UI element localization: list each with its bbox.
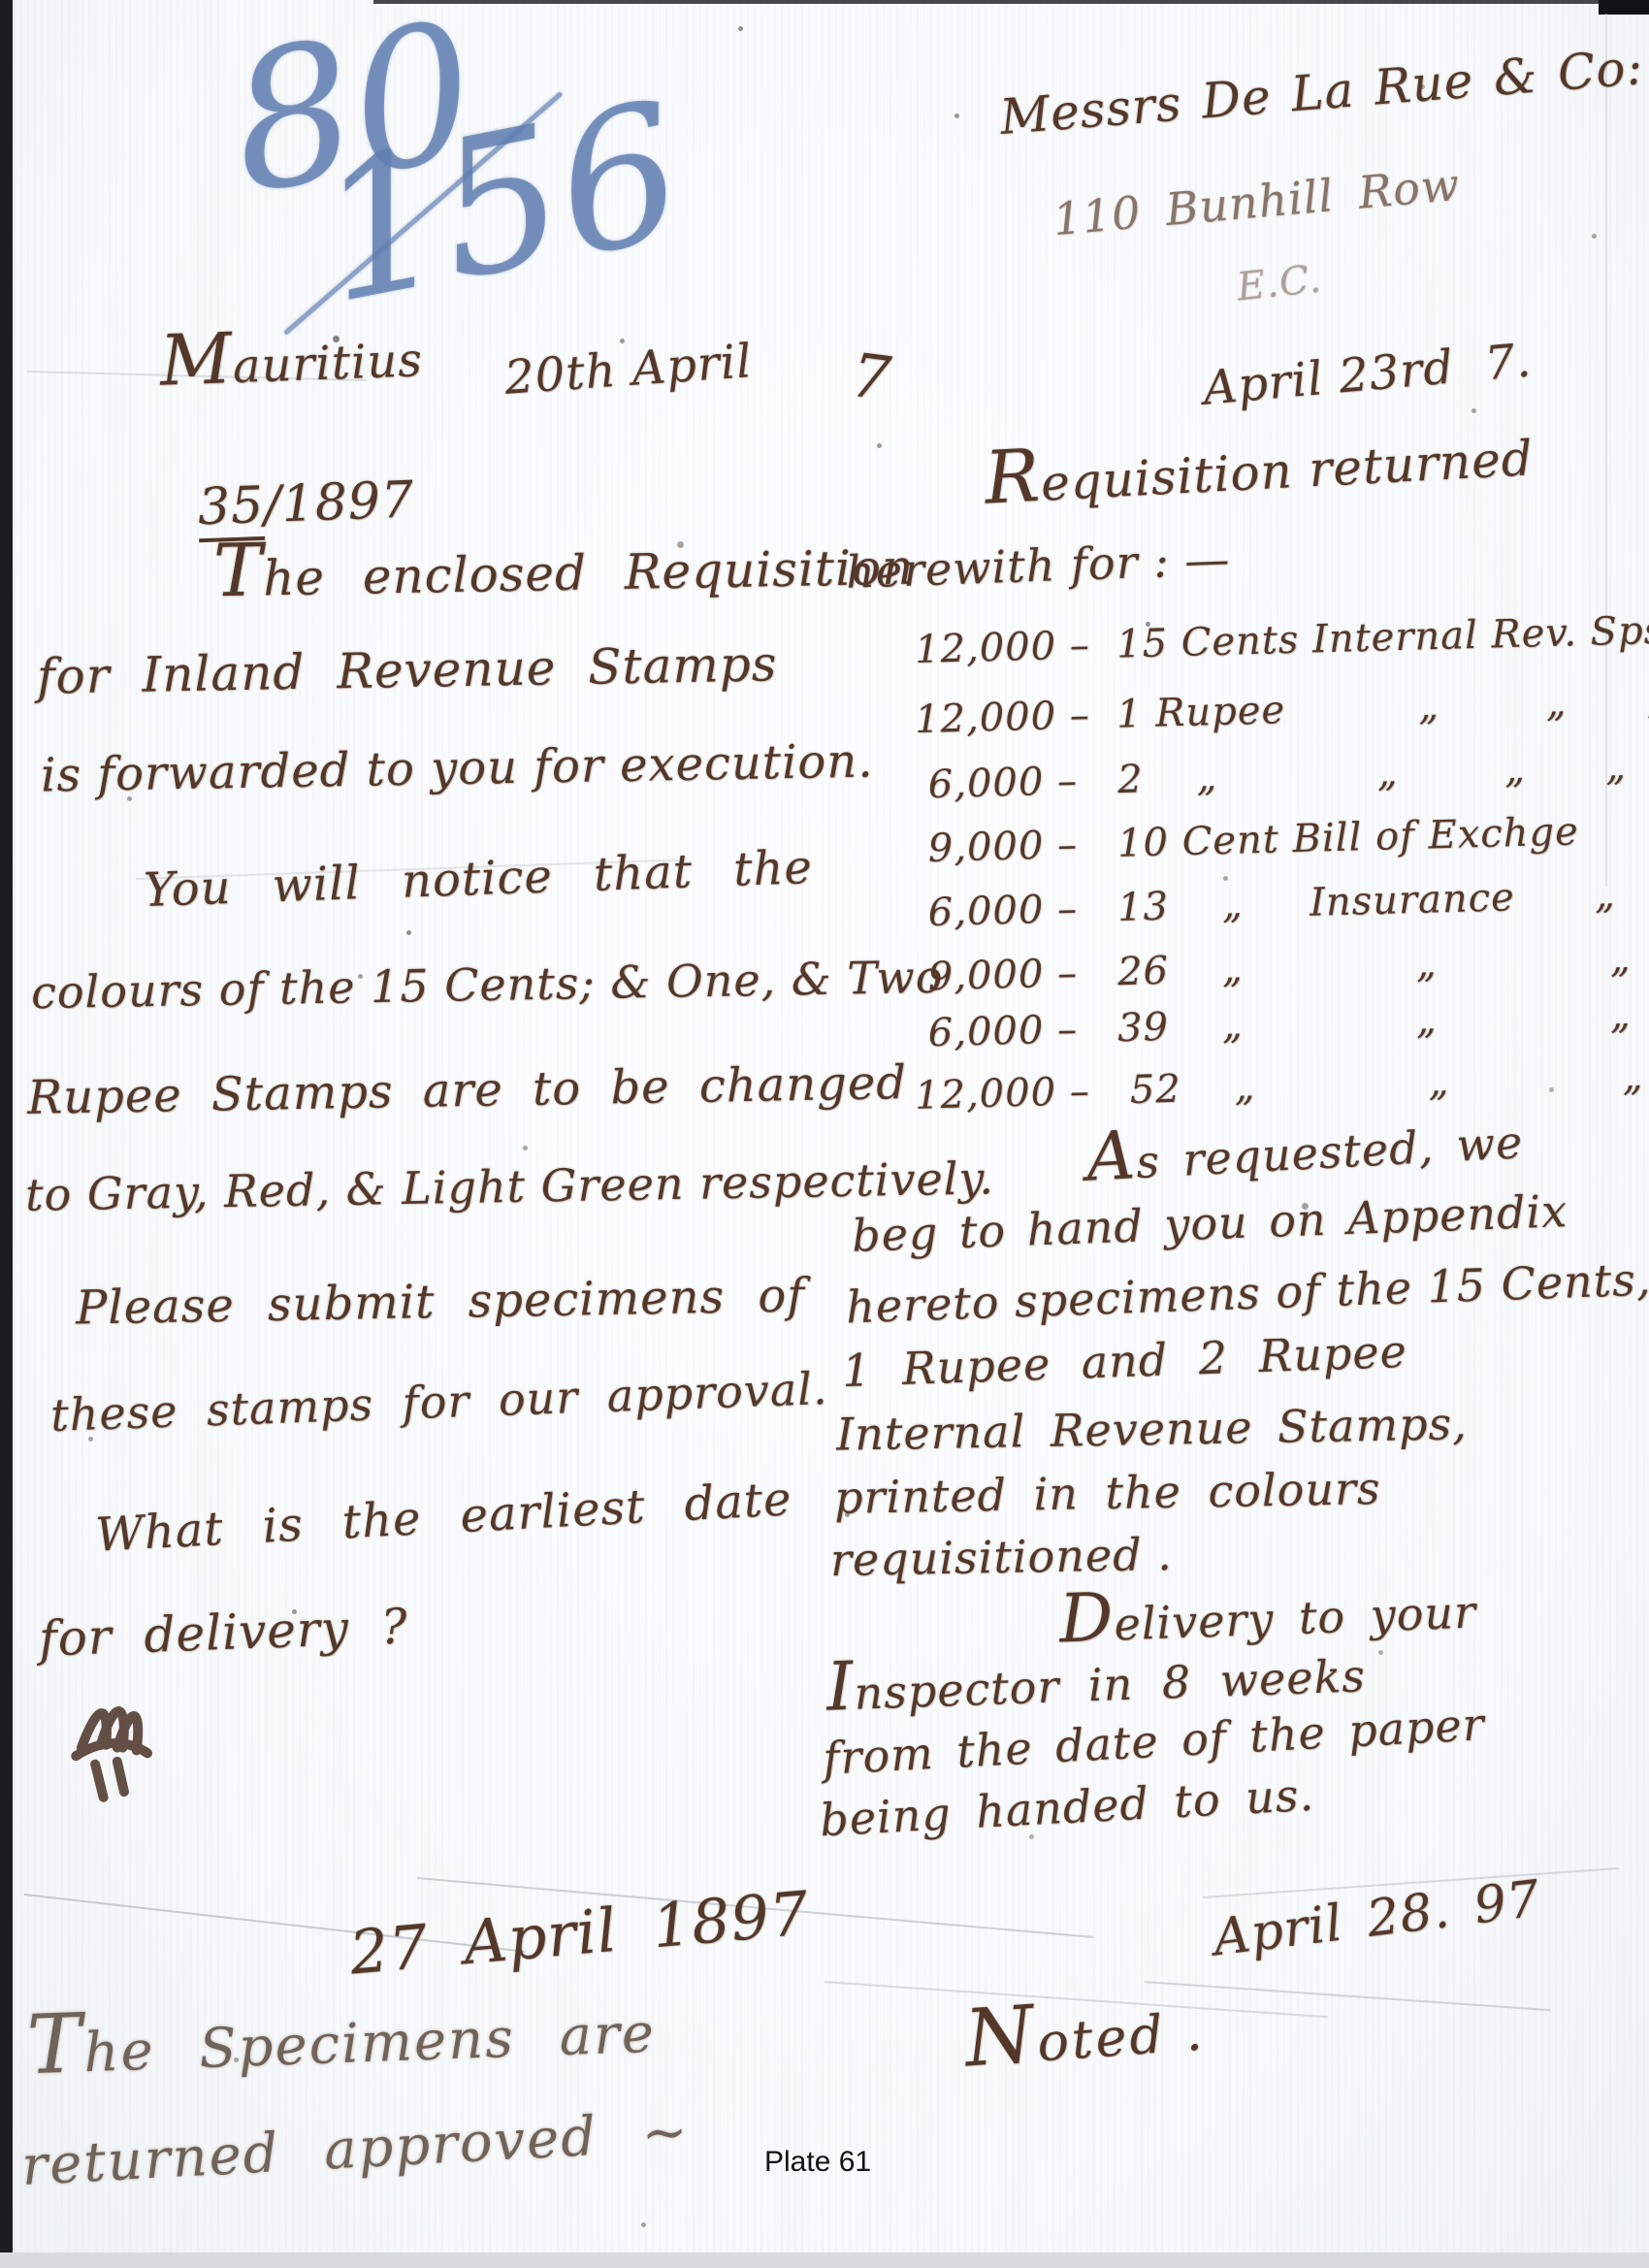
body-paragraph-line: is forwarded to you for execution. (41, 738, 874, 799)
reply-paragraph-line: printed in the colours (834, 1466, 1381, 1520)
body-paragraph-line: Please submit specimens of (76, 1272, 806, 1331)
reference-number: 35/1897 (161, 425, 415, 535)
body-paragraph-line: for delivery ? (38, 1602, 408, 1663)
body-paragraph-line: for Inland Revenue Stamps (37, 639, 778, 700)
ink-speckles (0, 0, 3, 3)
footer-noted: Noted . (963, 1995, 1207, 2074)
date-flourish: 7 (848, 345, 894, 409)
scanned-letter-page: { "blue_archival": { "numerator": "80", … (0, 0, 1649, 2268)
scan-edge-left (0, 0, 13, 2268)
recipient-district: E.C. (1235, 260, 1324, 308)
place-name: Mauritius (159, 327, 424, 392)
scan-bottom-band (0, 2252, 1649, 2268)
reply-paragraph-line: Internal Revenue Stamps, (836, 1401, 1468, 1456)
scan-edge-top-right (1599, 0, 1649, 15)
reply-paragraph-line: requisitioned . (830, 1532, 1173, 1582)
scan-edge-top (373, 0, 1649, 4)
plate-caption: Plate 61 (764, 2146, 871, 2179)
body-paragraph-line: Rupee Stamps are to be changed (27, 1059, 908, 1121)
monogram-initials (47, 1690, 182, 1811)
reference-number-year: /1897 (263, 470, 415, 534)
body-paragraph-line: The enclosed Requisition (213, 534, 915, 604)
